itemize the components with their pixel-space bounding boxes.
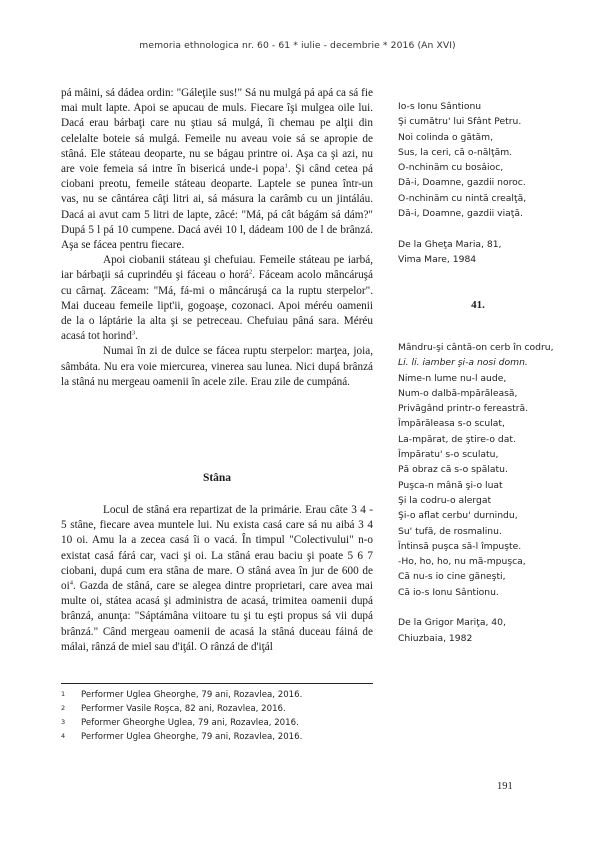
footnote-number: 4 xyxy=(61,730,81,744)
poem-line: Şi cumătru' lui Sfânt Petru. xyxy=(398,114,558,129)
poem-40-ending: Io-s Ionu Sântionu Şi cumătru' lui Sfânt… xyxy=(398,99,558,267)
paragraph-text: . Şi când cetea pá ciobani preotu, femei… xyxy=(61,163,373,251)
poem-source: De la Gheţa Maria, 81, xyxy=(398,237,558,252)
paragraph: Numai în zi de dulce se fácea ruptu ster… xyxy=(61,344,373,390)
page-number: 191 xyxy=(497,781,513,792)
poem-41: Mândru-şi cântă-on cerb în codru, Li. li… xyxy=(398,340,558,646)
footnote-text: Performer Uglea Gheorghe, 79 ani, Rozavl… xyxy=(81,688,302,702)
poem-source: Vima Mare, 1984 xyxy=(398,252,558,267)
poem-line: Puşca-n mână şi-o luat xyxy=(398,478,558,493)
section-title: Stâna xyxy=(61,472,373,484)
section-body: Locul de stâná era repartizat de la prim… xyxy=(61,503,373,655)
footnotes: 1Performer Uglea Gheorghe, 79 ani, Rozav… xyxy=(61,688,373,744)
left-column-body: pá mâini, sá dádea ordin: "Gáleţile sus!… xyxy=(61,86,373,390)
footnote-divider xyxy=(61,683,373,684)
paragraph-text: . xyxy=(135,330,138,342)
footnote-number: 1 xyxy=(61,688,81,702)
poem-line: Pă obraz că s-o spălatu. xyxy=(398,462,558,477)
poem-line: Noi colinda o gătăm, xyxy=(398,130,558,145)
paragraph-text: Locul de stâná era repartizat de la prim… xyxy=(61,504,373,592)
poem-line: O-nchinăm cu nintă crealţă, xyxy=(398,191,558,206)
poem-line: Num-o dalbă-mpărăleasă, xyxy=(398,386,558,401)
poem-source: Chiuzbaia, 1982 xyxy=(398,631,558,646)
footnote-text: Performer Uglea Gheorghe, 79 ani, Rozavl… xyxy=(81,730,302,744)
running-header: memoria ethnologica nr. 60 - 61 * iulie … xyxy=(0,40,595,51)
footnote-number: 3 xyxy=(61,716,81,730)
poem-line: Întinsă puşca să-l împuşte. xyxy=(398,539,558,554)
footnote-text: Performer Vasile Roşca, 82 ani, Rozavlea… xyxy=(81,702,286,716)
footnote-number: 2 xyxy=(61,702,81,716)
footnote-item: 1Performer Uglea Gheorghe, 79 ani, Rozav… xyxy=(61,688,373,702)
footnote-item: 4Performer Uglea Gheorghe, 79 ani, Rozav… xyxy=(61,730,373,744)
poem-line: Dă-i, Doamne, gazdii noroc. xyxy=(398,175,558,190)
paragraph-text: . Gazda de stâná, care se alegea dintre … xyxy=(61,580,373,653)
footnote-item: 3Peformer Gheorghe Uglea, 79 ani, Rozavl… xyxy=(61,716,373,730)
poem-line: La-mpărat, de ştire-o dat. xyxy=(398,432,558,447)
paragraph: Locul de stâná era repartizat de la prim… xyxy=(61,503,373,655)
poem-line: Că nu-s io cine găneşti, xyxy=(398,569,558,584)
poem-line: Mândru-şi cântă-on cerb în codru, xyxy=(398,340,558,355)
spacer xyxy=(398,221,558,236)
poem-line: O-nchinăm cu bosâioc, xyxy=(398,160,558,175)
poem-line: Su' tufă, de rosmalinu. xyxy=(398,524,558,539)
poem-line: Împărăleasa s-o sculat, xyxy=(398,416,558,431)
spacer xyxy=(398,600,558,615)
poem-line: -Ho, ho, ho, nu mă-mpuşca, xyxy=(398,554,558,569)
poem-line: Şi-o aflat cerbu' durnindu, xyxy=(398,508,558,523)
poem-line: Privăgând printr-o fereastră. xyxy=(398,401,558,416)
poem-line: Dă-i, Doamne, gazdii viaţă. xyxy=(398,206,558,221)
paragraph: Apoi ciobanii státeau şi chefuiau. Femei… xyxy=(61,253,373,344)
footnote-item: 2Performer Vasile Roşca, 82 ani, Rozavle… xyxy=(61,702,373,716)
poem-line: Sus, la ceri, că o-nălţăm. xyxy=(398,145,558,160)
poem-line: Io-s Ionu Sântionu xyxy=(398,99,558,114)
poem-line: Nime-n lume nu-l aude, xyxy=(398,371,558,386)
poem-number: 41. xyxy=(398,299,558,311)
poem-line: Că io-s Ionu Sântionu. xyxy=(398,585,558,600)
poem-source: De la Grigor Mariţa, 40, xyxy=(398,615,558,630)
footnote-text: Peformer Gheorghe Uglea, 79 ani, Rozavle… xyxy=(81,716,299,730)
poem-line: Şi la codru-o alergat xyxy=(398,493,558,508)
poem-line: Împăratu' s-o sculatu, xyxy=(398,447,558,462)
poem-refrain: Li. li. iamber şi-a nosi domn. xyxy=(398,355,558,370)
paragraph-text: pá mâini, sá dádea ordin: "Gáleţile sus!… xyxy=(61,87,373,175)
paragraph: pá mâini, sá dádea ordin: "Gáleţile sus!… xyxy=(61,86,373,253)
